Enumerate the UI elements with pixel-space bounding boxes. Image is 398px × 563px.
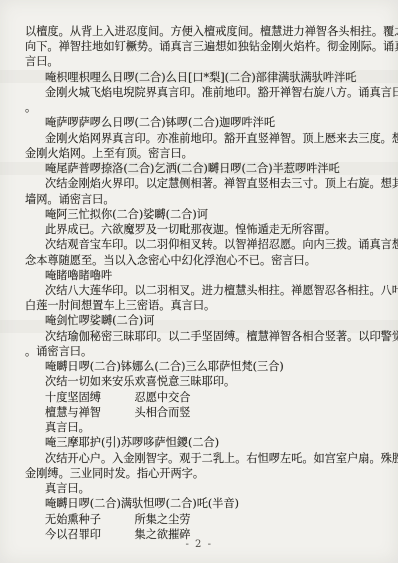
text-line: 金刚火焰网界真言印。亦准前地印。豁开直竖禅智。顶上厯来去三度。想 <box>25 131 376 146</box>
text-line: 檀慧与禅智 头相合而竖 <box>25 405 376 420</box>
sutra-text-block: 以檀度。从背上入进忍度间。方便入檀戒度间。檀慧进力禅智各头相拄。覆之向下。禅智拄… <box>25 24 376 542</box>
text-line: 真言曰。 <box>25 481 376 496</box>
text-line: 唵枳哩枳哩么日啰(二合)么日[口*梨](二合)部律满驮满驮吽泮吒 <box>25 70 376 85</box>
text-line: 墙网。诵密言曰。 <box>25 192 376 207</box>
text-line: 唵嚩日啰(二合)钵娜么(二合)三么耶萨怛梵(三合) <box>25 359 376 374</box>
text-line: 次结观音宝车印。以二羽仰相叉转。以智禅招忍愿。向内三拨。诵真言想 <box>25 237 376 252</box>
text-line: 无始熏种子 所集之尘劳 <box>25 512 376 527</box>
text-line: 此界成已。六欲魔罗及一切毗那夜迦。惶怖遁走无所容畱。 <box>25 222 376 237</box>
text-line: 十度坚固缚 忍愿中交合 <box>25 390 376 405</box>
text-line: 。 <box>25 100 376 115</box>
text-line: 白莲一肘间想置车上三密语。真言曰。 <box>25 298 376 313</box>
text-line: 言曰。 <box>25 54 376 69</box>
text-line: 唵睹嚕睹嚕吽 <box>25 268 376 283</box>
text-line: 次结瑜伽秘密三昧耶印。以二手坚固缚。檀慧禅智各相合竖著。以印警觉 <box>25 329 376 344</box>
text-line: 念本尊随愿至。当以入念密心中幻化浮泡心不已。密言曰。 <box>25 253 376 268</box>
text-line: 次结开心户。入金刚智字。观于二乳上。右怛啰左吒。如宫室户扇。殊胜 <box>25 451 376 466</box>
scanned-sutra-page: 以檀度。从背上入进忍度间。方便入檀戒度间。檀慧进力禅智各头相拄。覆之向下。禅智拄… <box>0 0 398 563</box>
text-line: 唵萨啰萨啰么日啰(二合)钵啰(二合)迦啰吽泮吒 <box>25 115 376 130</box>
text-line: 次结金刚焰火界印。以定慧侧相著。禅智直竖相去三寸。顶上右旋。想其 <box>25 176 376 191</box>
text-line: 金刚火城飞焰电堄院界真言印。准前地印。豁开禅智右旋八方。诵真言曰 <box>25 85 376 100</box>
text-line: 金刚火焰网。上至有顶。密言曰。 <box>25 146 376 161</box>
text-line: 真言曰。 <box>25 420 376 435</box>
text-line: 唵剑忙啰娑嚩(二合)诃 <box>25 313 376 328</box>
text-line: 向下。禅智拄地如钉橛势。诵真言三遍想如独钻金刚火焰杵。彻金刚际。诵真 <box>25 39 376 54</box>
text-line: 。诵密言曰。 <box>25 344 376 359</box>
text-line: 唵嚩日啰(二合)满驮怛啰(二合)吒(半音) <box>25 496 376 511</box>
text-line: 金刚缚。三业同时发。指心开两字。 <box>25 466 376 481</box>
text-line: 以檀度。从背上入进忍度间。方便入檀戒度间。檀慧进力禅智各头相拄。覆之 <box>25 24 376 39</box>
page-number: - 2 - <box>0 539 398 550</box>
text-line: 唵阿三忙拟你(二合)娑嚩(二合)诃 <box>25 207 376 222</box>
text-line: 次结八大莲华印。以二羽相叉。进力檀慧头相拄。禅愿智忍各相拄。八叶 <box>25 283 376 298</box>
text-line: 次结一切如来安乐欢喜悦意三昧耶印。 <box>25 374 376 389</box>
text-line: 唵尾萨普啰捺洛(二合)乞洒(二合)嚩日啰(二合)半惹啰吽泮吒 <box>25 161 376 176</box>
text-line: 唵三摩耶护(引)苏啰哆萨怛鑁(二合) <box>25 435 376 450</box>
